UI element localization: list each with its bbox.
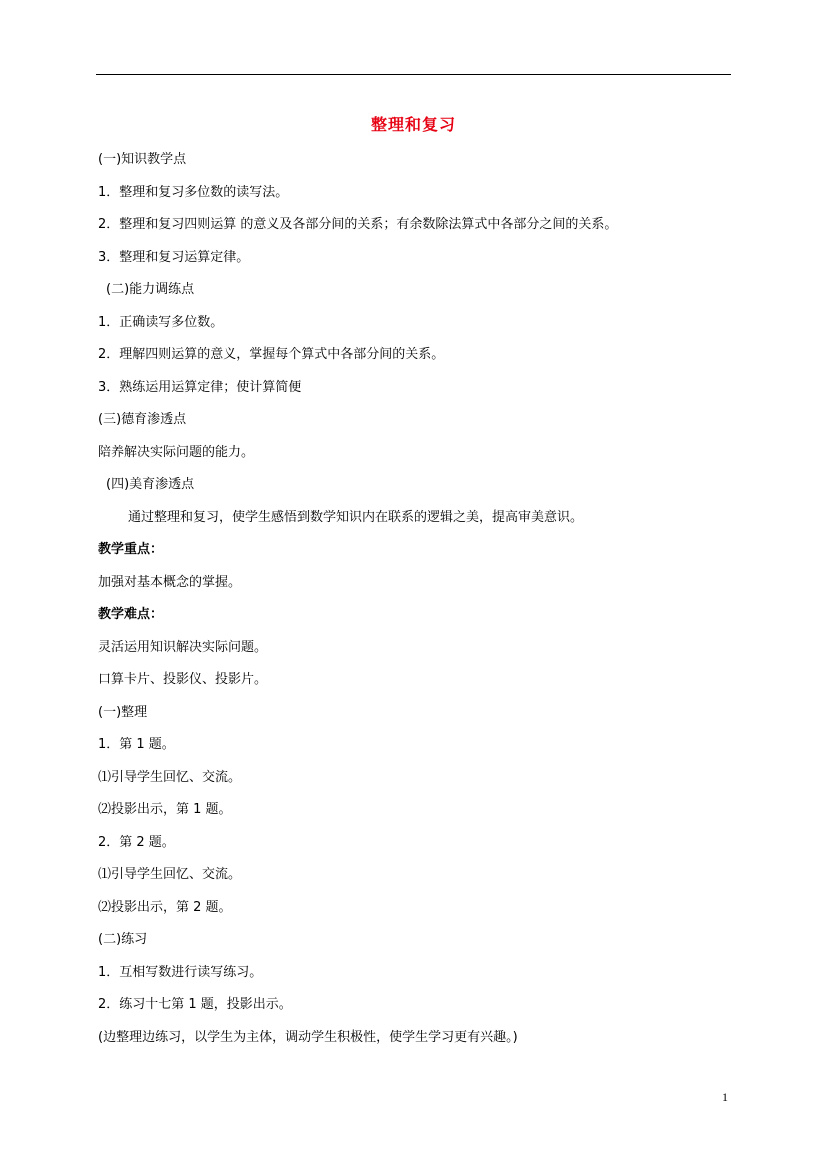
header-rule [96, 74, 731, 75]
paragraph-line: (二)能力调练点 [106, 282, 194, 298]
paragraph-line: 3．熟练运用运算定律；使计算简便 [98, 380, 301, 396]
paragraph-line: 1．整理和复习多位数的读写法。 [98, 185, 288, 201]
paragraph-line: 陪养解决实际问题的能力。 [98, 445, 254, 461]
paragraph-line: 2．理解四则运算的意义，掌握每个算式中各部分间的关系。 [98, 347, 444, 363]
paragraph-line: (三)德育渗透点 [98, 412, 186, 428]
page-number: 1 [722, 1090, 728, 1105]
paragraph-line: (四)美育渗透点 [106, 477, 194, 493]
paragraph-line: ⑴引导学生回忆、交流。 [98, 867, 241, 883]
paragraph-line: 灵活运用知识解决实际问题。 [98, 640, 267, 656]
paragraph-line: (边整理边练习，以学生为主体，调动学生积极性，使学生学习更有兴趣。) [98, 1030, 518, 1046]
paragraph-line: 1．第 1 题。 [98, 737, 175, 753]
section-heading: 教学难点： [98, 607, 163, 623]
paragraph-line: (一)整理 [98, 705, 147, 721]
paragraph-line: 通过整理和复习，使学生感悟到数学知识内在联系的逻辑之美，提高审美意识。 [128, 510, 583, 526]
document-title: 整理和复习 [0, 112, 827, 135]
paragraph-line: 2．练习十七第 1 题，投影出示。 [98, 997, 292, 1013]
paragraph-line: (二)练习 [98, 932, 147, 948]
paragraph-line: ⑵投影出示，第 1 题。 [98, 802, 232, 818]
paragraph-line: 2．第 2 题。 [98, 835, 175, 851]
paragraph-line: 1．互相写数进行读写练习。 [98, 965, 262, 981]
paragraph-line: 2．整理和复习四则运算 的意义及各部分间的关系；有余数除法算式中各部分之间的关系… [98, 217, 617, 233]
paragraph-line: ⑵投影出示，第 2 题。 [98, 900, 232, 916]
paragraph-line: 1．正确读写多位数。 [98, 315, 223, 331]
paragraph-line: 3．整理和复习运算定律。 [98, 250, 249, 266]
paragraph-line: 口算卡片、投影仪、投影片。 [98, 672, 267, 688]
paragraph-line: (一)知识教学点 [98, 152, 186, 168]
paragraph-line: 加强对基本概念的掌握。 [98, 575, 241, 591]
paragraph-line: ⑴引导学生回忆、交流。 [98, 770, 241, 786]
section-heading: 教学重点： [98, 542, 163, 558]
